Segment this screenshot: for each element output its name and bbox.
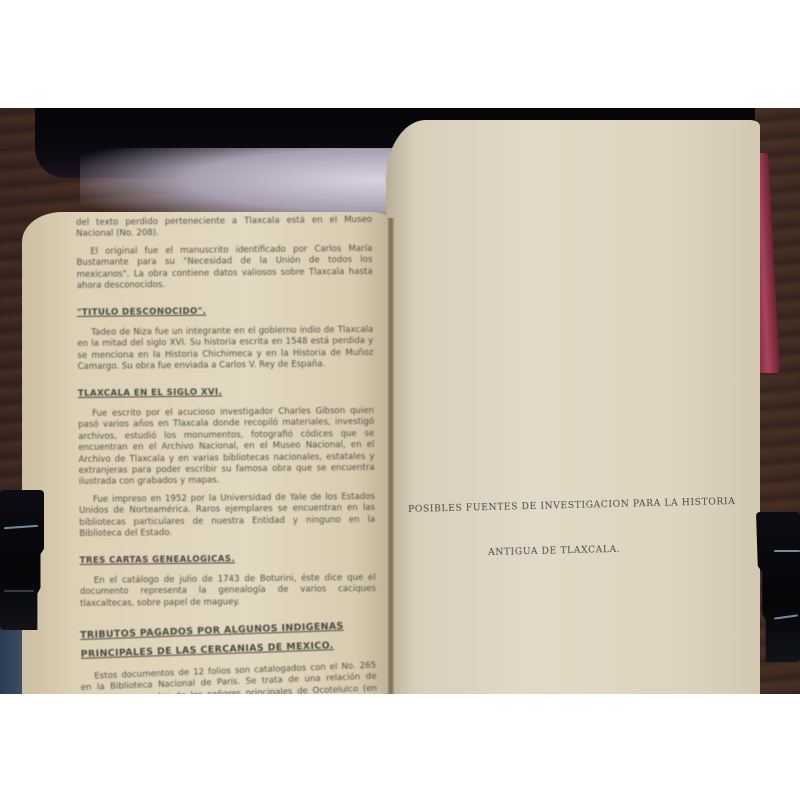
clip-highlight — [774, 550, 800, 552]
section-heading-titulo-desconocido: "TITULO DESCONOCIDO". — [77, 305, 373, 320]
book-photo: del texto perdido perteneciente a Tlaxca… — [0, 108, 800, 694]
binder-clip-left — [0, 490, 44, 630]
paragraph: Tadeo de Niza fue un integrante en el go… — [77, 325, 373, 374]
right-page-title: POSIBLES FUENTES DE INVESTIGACION PARA L… — [408, 496, 729, 560]
clip-highlight — [4, 525, 38, 529]
left-page-text: del texto perdido perteneciente a Tlaxca… — [76, 215, 377, 694]
paragraph: En el catálogo de julio de 1743 de Botur… — [80, 573, 376, 610]
paragraph: El original fue el manuscrito identifica… — [76, 244, 372, 293]
section-heading-tributos: TRIBUTOS PAGADOS POR ALGUNOS INDIGENAS P… — [80, 616, 377, 664]
paragraph: Fue escrito por el acucioso investigador… — [78, 406, 375, 489]
section-heading-tres-cartas: TRES CARTAS GENEALOGICAS. — [80, 553, 376, 568]
paragraph-continued: del texto perdido perteneciente a Tlaxca… — [76, 215, 372, 241]
book-gutter — [388, 218, 394, 694]
paragraph: Estos documentos de 12 folios son catalo… — [80, 661, 378, 694]
blue-object-edge — [0, 628, 22, 694]
right-page — [386, 120, 760, 694]
clip-highlight — [774, 614, 798, 619]
section-heading-tlaxcala-siglo-xvi: TLAXCALA EN EL SIGLO XVI. — [78, 386, 374, 401]
clip-highlight — [4, 590, 34, 592]
paragraph: Fue impreso en 1952 por la Universidad d… — [79, 492, 375, 541]
